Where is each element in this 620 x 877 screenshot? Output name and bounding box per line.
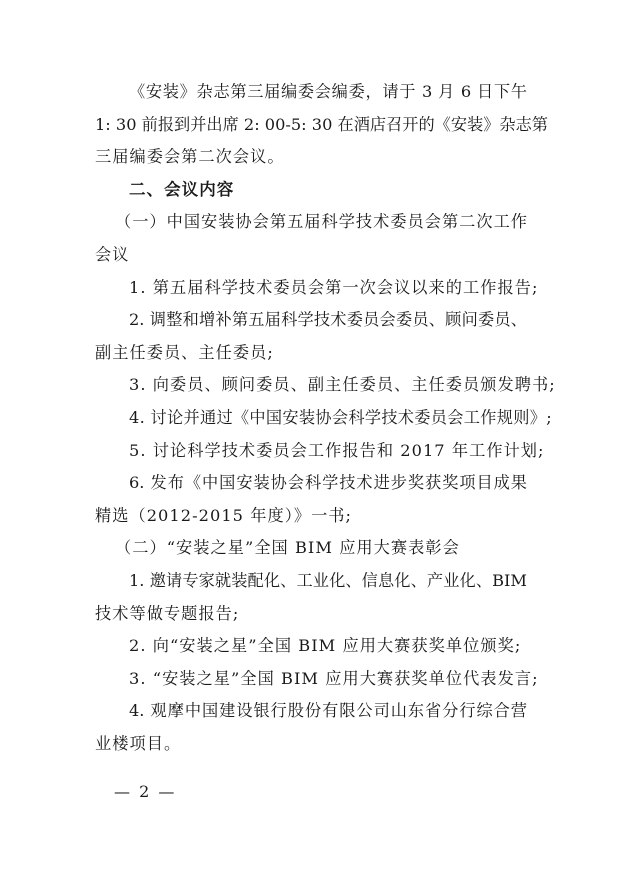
subsection-1: （一）中国安装协会第五届科学技术委员会第二次工作 会议 1. 第五届科学技术委员… [95,206,527,532]
list-item: 1. 第五届科学技术委员会第一次会议以来的工作报告; [95,272,527,305]
subsection-2: （二）“安装之星”全国 BIM 应用大赛表彰会 1. 邀请专家就装配化、工业化、… [95,532,527,760]
list-item-continuation: 副主任委员、主任委员; [95,337,527,370]
list-item: 4. 讨论并通过《中国安装协会科学技术委员会工作规则》; [95,402,527,435]
subsection-title: 会议 [95,239,527,272]
list-item: 5. 讨论科学技术委员会工作报告和 2017 年工作计划; [95,435,527,468]
text-line: 三届编委会第二次会议。 [95,141,527,174]
list-item: 2. 向“安装之星”全国 BIM 应用大赛获奖单位颁奖; [95,630,527,663]
list-item-continuation: 技术等做专题报告; [95,598,527,631]
intro-paragraph: 《安装》杂志第三届编委会编委，请于 3 月 6 日下午 1: 30 前报到并出席… [95,76,527,174]
page-number: — 2 — [114,782,176,801]
list-item-continuation: 业楼项目。 [95,728,527,761]
section-heading: 二、会议内容 [95,174,527,207]
list-item-continuation: 精选（2012-2015 年度）》一书; [95,500,527,533]
list-item: 2. 调整和增补第五届科学技术委员会委员、顾问委员、 [95,304,527,337]
list-item: 3. 向委员、顾问委员、副主任委员、主任委员颁发聘书; [95,369,527,402]
document-page: 《安装》杂志第三届编委会编委，请于 3 月 6 日下午 1: 30 前报到并出席… [95,76,527,760]
list-item: 6. 发布《中国安装协会科学技术进步奖获奖项目成果 [95,467,527,500]
list-item: 3. “安装之星”全国 BIM 应用大赛获奖单位代表发言; [95,663,527,696]
list-item: 4. 观摩中国建设银行股份有限公司山东省分行综合营 [95,695,527,728]
text-line: 1: 30 前报到并出席 2: 00-5: 30 在酒店召开的《安装》杂志第 [95,109,527,142]
list-item: 1. 邀请专家就装配化、工业化、信息化、产业化、BIM [95,565,527,598]
subsection-title: （一）中国安装协会第五届科学技术委员会第二次工作 [95,206,527,239]
text-line: 《安装》杂志第三届编委会编委，请于 3 月 6 日下午 [95,76,527,109]
subsection-title: （二）“安装之星”全国 BIM 应用大赛表彰会 [95,532,527,565]
